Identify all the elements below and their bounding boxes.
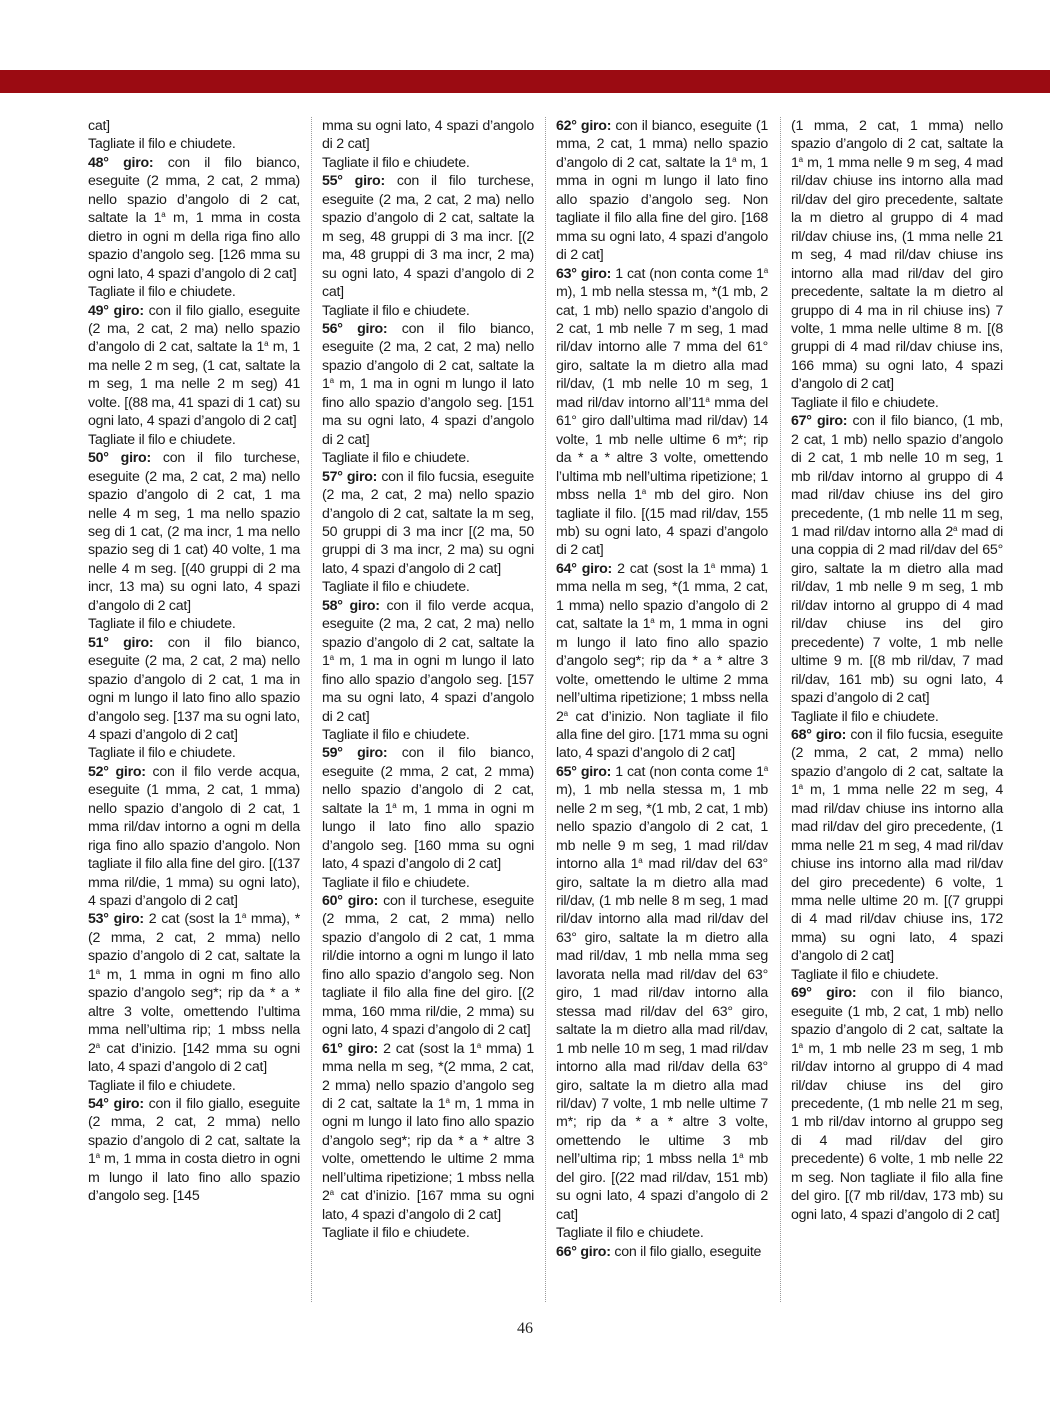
round-label: 51° giro:	[88, 635, 153, 651]
column-4: (1 mma, 2 cat, 1 mma) nello spazio d’ang…	[791, 117, 1003, 1224]
instruction-text: cat]	[88, 117, 300, 135]
instruction-round: 56° giro: con il filo bianco, eseguite (…	[322, 320, 534, 449]
round-text: Tagliate il filo e chiudete.	[322, 155, 470, 171]
instruction-text: Tagliate il filo e chiudete.	[322, 154, 534, 172]
round-label: 63° giro:	[556, 266, 611, 282]
instruction-round: 64° giro: 2 cat (sost la 1a mma) 1 mma n…	[556, 560, 768, 763]
round-label: 65° giro:	[556, 764, 611, 780]
instruction-text: Tagliate il filo e chiudete.	[791, 394, 1003, 412]
round-label: 48° giro:	[88, 155, 153, 171]
round-label: 69° giro:	[791, 985, 856, 1001]
round-label: 57° giro:	[322, 469, 377, 485]
round-text: Tagliate il filo e chiudete.	[791, 709, 939, 725]
column-divider	[311, 117, 312, 1302]
round-label: 56° giro:	[322, 321, 387, 337]
instruction-text: mma su ogni lato, 4 spazi d’angolo di 2 …	[322, 117, 534, 154]
round-text: Tagliate il filo e chiudete.	[322, 727, 470, 743]
instruction-round: 54° giro: con il filo giallo, eseguite (…	[88, 1095, 300, 1206]
instruction-round: 68° giro: con il filo fucsia, eseguite (…	[791, 726, 1003, 966]
instruction-round: 62° giro: con il bianco, eseguite (1 mma…	[556, 117, 768, 265]
instruction-text: Tagliate il filo e chiudete.	[88, 744, 300, 762]
column-divider	[780, 117, 781, 1302]
round-label: 61° giro:	[322, 1041, 378, 1057]
instruction-text: Tagliate il filo e chiudete.	[322, 1224, 534, 1242]
column-3: 62° giro: con il bianco, eseguite (1 mma…	[556, 117, 768, 1261]
instruction-round: 65° giro: 1 cat (non conta come 1a m), 1…	[556, 763, 768, 1224]
round-text: 2 cat (sost la 1a mma) 1 mma nella m seg…	[556, 561, 768, 762]
round-text: Tagliate il filo e chiudete.	[322, 303, 470, 319]
instruction-round: 55° giro: con il filo turchese, eseguite…	[322, 172, 534, 301]
round-label: 64° giro:	[556, 561, 612, 577]
round-text: con il filo fucsia, eseguite (2 mma, 2 c…	[791, 727, 1003, 964]
instruction-round: 63° giro: 1 cat (non conta come 1a m), 1…	[556, 265, 768, 560]
instruction-text: Tagliate il filo e chiudete.	[322, 578, 534, 596]
text-columns: cat]Tagliate il filo e chiudete.48° giro…	[88, 117, 1008, 1312]
round-text: cat]	[88, 118, 110, 134]
round-text: 2 cat (sost la 1a mma) 1 mma nella m seg…	[322, 1041, 534, 1223]
column-divider	[545, 117, 546, 1302]
round-text: Tagliate il filo e chiudete.	[791, 395, 939, 411]
round-text: Tagliate il filo e chiudete.	[88, 136, 236, 152]
instruction-round: 53° giro: 2 cat (sost la 1a mma), *(2 mm…	[88, 910, 300, 1076]
column-2: mma su ogni lato, 4 spazi d’angolo di 2 …	[322, 117, 534, 1243]
round-label: 53° giro:	[88, 911, 144, 927]
round-text: Tagliate il filo e chiudete.	[322, 450, 470, 466]
round-text: Tagliate il filo e chiudete.	[322, 1225, 470, 1241]
round-text: Tagliate il filo e chiudete.	[88, 1078, 236, 1094]
instruction-text: Tagliate il filo e chiudete.	[322, 302, 534, 320]
round-text: Tagliate il filo e chiudete.	[88, 616, 236, 632]
round-label: 58° giro:	[322, 598, 380, 614]
round-label: 68° giro:	[791, 727, 846, 743]
instruction-round: 60° giro: con il turchese, eseguite (2 m…	[322, 892, 534, 1040]
instruction-text: Tagliate il filo e chiudete.	[791, 708, 1003, 726]
instruction-text: Tagliate il filo e chiudete.	[88, 283, 300, 301]
instruction-text: Tagliate il filo e chiudete.	[88, 431, 300, 449]
instruction-round: 50° giro: con il filo turchese, eseguite…	[88, 449, 300, 615]
round-label: 59° giro:	[322, 745, 387, 761]
instruction-round: 67° giro: con il filo bianco, (1 mb, 2 c…	[791, 412, 1003, 707]
round-text: mma su ogni lato, 4 spazi d’angolo di 2 …	[322, 118, 534, 152]
instruction-round: 59° giro: con il filo bianco, eseguite (…	[322, 744, 534, 873]
round-text: con il filo verde acqua, eseguite (1 mma…	[88, 764, 300, 909]
round-label: 62° giro:	[556, 118, 611, 134]
round-label: 66° giro:	[556, 1244, 611, 1260]
round-text: 1 cat (non conta come 1a m), 1 mb nella …	[556, 764, 768, 1223]
instruction-text: (1 mma, 2 cat, 1 mma) nello spazio d’ang…	[791, 117, 1003, 394]
round-text: con il filo bianco, eseguite (2 mma, 2 c…	[88, 155, 300, 282]
instruction-text: Tagliate il filo e chiudete.	[88, 135, 300, 153]
round-label: 54° giro:	[88, 1096, 144, 1112]
instruction-round: 49° giro: con il filo giallo, eseguite (…	[88, 302, 300, 431]
round-text: Tagliate il filo e chiudete.	[556, 1225, 704, 1241]
instruction-round: 48° giro: con il filo bianco, eseguite (…	[88, 154, 300, 283]
round-text: Tagliate il filo e chiudete.	[322, 579, 470, 595]
round-label: 50° giro:	[88, 450, 151, 466]
column-1: cat]Tagliate il filo e chiudete.48° giro…	[88, 117, 300, 1206]
instruction-round: 69° giro: con il filo bianco, eseguite (…	[791, 984, 1003, 1224]
instruction-round: 52° giro: con il filo verde acqua, esegu…	[88, 763, 300, 911]
instruction-text: Tagliate il filo e chiudete.	[322, 449, 534, 467]
round-text: (1 mma, 2 cat, 1 mma) nello spazio d’ang…	[791, 118, 1003, 392]
instruction-text: Tagliate il filo e chiudete.	[88, 615, 300, 633]
round-label: 67° giro:	[791, 413, 847, 429]
round-text: Tagliate il filo e chiudete.	[791, 967, 939, 983]
round-text: con il turchese, eseguite (2 mma, 2 cat,…	[322, 893, 534, 1038]
round-text: con il filo turchese, eseguite (2 ma, 2 …	[88, 450, 300, 614]
round-text: con il filo giallo, eseguite (2 mma, 2 c…	[88, 1096, 300, 1204]
round-text: Tagliate il filo e chiudete.	[322, 875, 470, 891]
round-label: 49° giro:	[88, 303, 144, 319]
round-label: 52° giro:	[88, 764, 146, 780]
round-text: con il filo giallo, eseguite (2 ma, 2 ca…	[88, 303, 300, 430]
round-text: con il filo bianco, eseguite (2 ma, 2 ca…	[322, 321, 534, 448]
round-label: 55° giro:	[322, 173, 385, 189]
instruction-text: Tagliate il filo e chiudete.	[322, 726, 534, 744]
round-text: Tagliate il filo e chiudete.	[88, 745, 236, 761]
instruction-text: Tagliate il filo e chiudete.	[88, 1077, 300, 1095]
round-text: con il filo bianco, eseguite (1 mb, 2 ca…	[791, 985, 1003, 1222]
instruction-text: Tagliate il filo e chiudete.	[322, 874, 534, 892]
instruction-text: Tagliate il filo e chiudete.	[791, 966, 1003, 984]
round-text: 1 cat (non conta come 1a m), 1 mb nella …	[556, 266, 768, 559]
page-number: 46	[0, 1320, 1050, 1338]
round-label: 60° giro:	[322, 893, 378, 909]
instruction-round: 58° giro: con il filo verde acqua, esegu…	[322, 597, 534, 726]
instruction-text: Tagliate il filo e chiudete.	[556, 1224, 768, 1242]
instruction-round: 57° giro: con il filo fucsia, eseguite (…	[322, 468, 534, 579]
round-text: con il filo turchese, eseguite (2 ma, 2 …	[322, 173, 534, 300]
round-text: con il bianco, eseguite (1 mma, 2 cat, 1…	[556, 118, 768, 263]
instruction-round: 61° giro: 2 cat (sost la 1a mma) 1 mma n…	[322, 1040, 534, 1225]
round-text: con il filo verde acqua, eseguite (2 ma,…	[322, 598, 534, 725]
round-text: 2 cat (sost la 1a mma), *(2 mma, 2 cat, …	[88, 911, 300, 1075]
header-color-bar	[0, 70, 1050, 93]
instruction-round: 66° giro: con il filo giallo, eseguite	[556, 1243, 768, 1261]
round-text: Tagliate il filo e chiudete.	[88, 284, 236, 300]
instruction-round: 51° giro: con il filo bianco, eseguite (…	[88, 634, 300, 745]
round-text: con il filo giallo, eseguite	[611, 1244, 761, 1260]
round-text: Tagliate il filo e chiudete.	[88, 432, 236, 448]
round-text: con il filo bianco, (1 mb, 2 cat, 1 mb) …	[791, 413, 1003, 706]
round-text: con il filo bianco, eseguite (2 mma, 2 c…	[322, 745, 534, 872]
